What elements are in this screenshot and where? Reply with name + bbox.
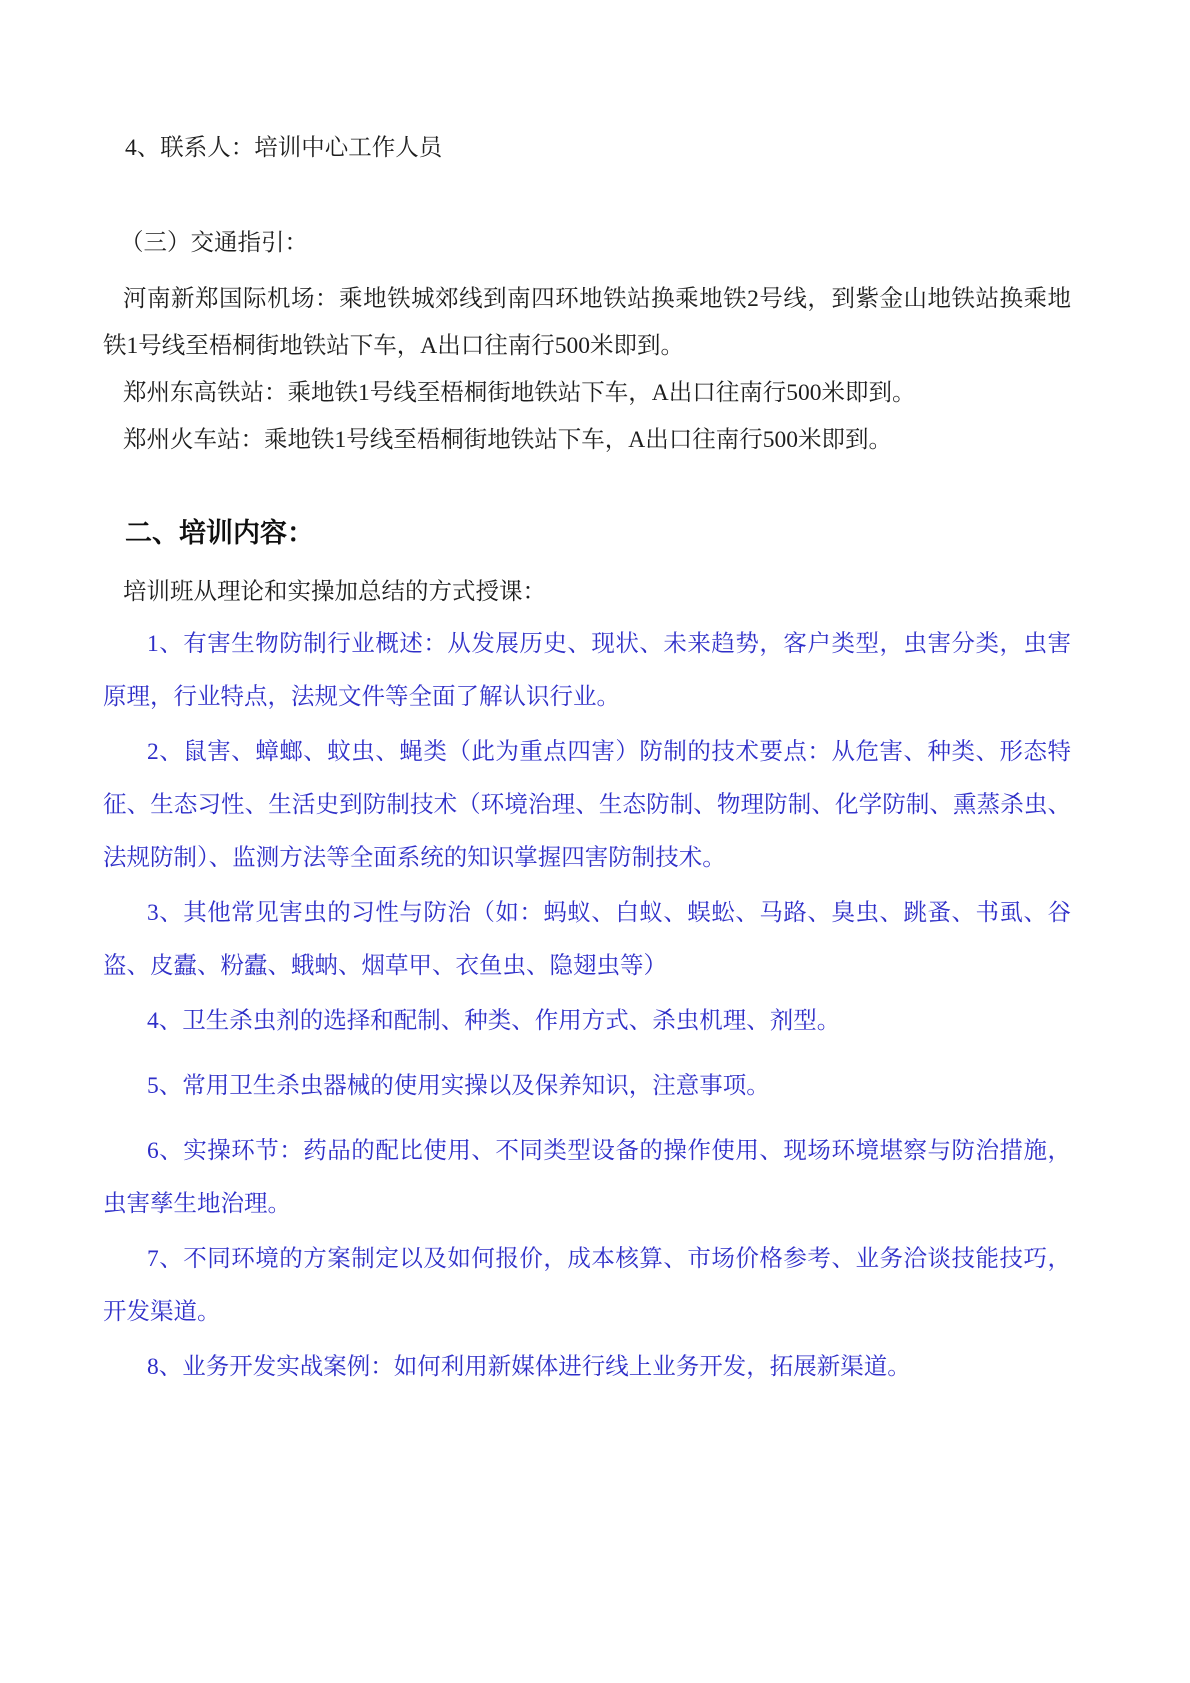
traffic-direction-airport: 河南新郑国际机场：乘地铁城郊线到南四环地铁站换乘地铁2号线，到紫金山地铁站换乘地… bbox=[103, 276, 1071, 370]
training-item-8: 8、业务开发实战案例：如何利用新媒体进行线上业务开发，拓展新渠道。 bbox=[103, 1341, 1071, 1394]
contact-person-line: 4、联系人：培训中心工作人员 bbox=[103, 125, 1071, 172]
training-item-5: 5、常用卫生杀虫器械的使用实操以及保养知识，注意事项。 bbox=[103, 1060, 1071, 1113]
training-item-3: 3、其他常见害虫的习性与防治（如：蚂蚁、白蚁、蜈蚣、马路、臭虫、跳蚤、书虱、谷盗… bbox=[103, 887, 1071, 993]
training-intro-line: 培训班从理论和实操加总结的方式授课： bbox=[103, 569, 1071, 616]
training-item-7: 7、不同环境的方案制定以及如何报价，成本核算、市场价格参考、业务洽谈技能技巧，开… bbox=[103, 1233, 1071, 1339]
training-content-heading: 二、培训内容： bbox=[103, 513, 1071, 553]
training-item-2: 2、鼠害、蟑螂、蚊虫、蝇类（此为重点四害）防制的技术要点：从危害、种类、形态特征… bbox=[103, 726, 1071, 885]
traffic-guide-heading: （三）交通指引： bbox=[103, 220, 1071, 267]
training-item-6: 6、实操环节：药品的配比使用、不同类型设备的操作使用、现场环境堪察与防治措施，虫… bbox=[103, 1125, 1071, 1231]
document-page: 4、联系人：培训中心工作人员 （三）交通指引： 河南新郑国际机场：乘地铁城郊线到… bbox=[0, 0, 1190, 1683]
training-item-4: 4、卫生杀虫剂的选择和配制、种类、作用方式、杀虫机理、剂型。 bbox=[103, 995, 1071, 1048]
traffic-direction-railway-station: 郑州火车站：乘地铁1号线至梧桐街地铁站下车，A出口往南行500米即到。 bbox=[103, 417, 1071, 464]
training-item-1: 1、有害生物防制行业概述：从发展历史、现状、未来趋势，客户类型，虫害分类，虫害原… bbox=[103, 618, 1071, 724]
traffic-direction-east-hsr-station: 郑州东高铁站：乘地铁1号线至梧桐街地铁站下车，A出口往南行500米即到。 bbox=[103, 370, 1071, 417]
